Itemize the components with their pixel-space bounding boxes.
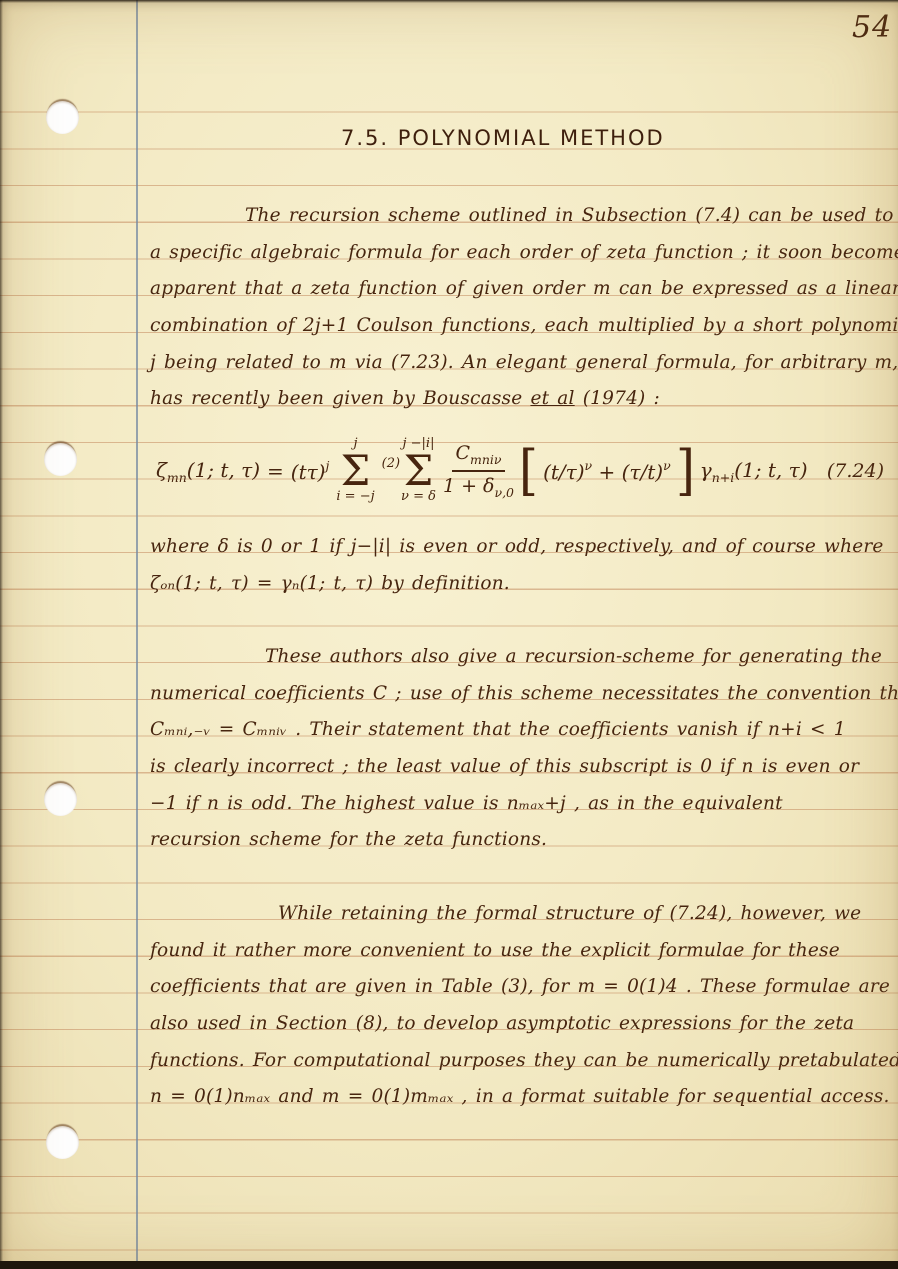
sum-lower-limit: i = −j bbox=[336, 490, 374, 505]
equation-number: (7.24) bbox=[827, 460, 884, 482]
step-annotation: (2) bbox=[382, 456, 400, 471]
prefactor-exponent: j bbox=[325, 458, 329, 473]
text-segment: (1974) : bbox=[575, 388, 660, 409]
sum-over-nu: j −|i|Σν = δ bbox=[401, 437, 436, 505]
text-line: combination of 2j+1 Coulson functions, e… bbox=[150, 308, 892, 345]
text-line: numerical coefficients C ; use of this s… bbox=[150, 676, 892, 713]
text-line: The recursion scheme outlined in Subsect… bbox=[150, 198, 892, 235]
text-segment: has recently been given by Bouscasse bbox=[150, 388, 530, 409]
paragraph-intro: The recursion scheme outlined in Subsect… bbox=[150, 198, 892, 418]
punch-hole bbox=[46, 1126, 79, 1159]
text-line: is clearly incorrect ; the least value o… bbox=[150, 749, 892, 786]
sigma-icon: Σ bbox=[404, 452, 434, 490]
paragraph-authors: These authors also give a recursion-sche… bbox=[150, 639, 892, 859]
text-line: ζₒₙ(1; t, τ) = γₙ(1; t, τ) by definition… bbox=[150, 566, 892, 603]
text-line: These authors also give a recursion-sche… bbox=[150, 639, 892, 676]
sum-lower-limit: ν = δ bbox=[401, 490, 436, 505]
fraction-numerator: Cmniν bbox=[452, 442, 504, 472]
fraction-denominator: 1 + δν,0 bbox=[443, 472, 514, 500]
sum-over-i: jΣi = −j bbox=[336, 437, 374, 505]
term-2-exponent: ν bbox=[663, 458, 671, 473]
paragraph-conclusion: While retaining the formal structure of … bbox=[150, 896, 892, 1116]
text-line: functions. For computational purposes th… bbox=[150, 1043, 892, 1080]
gamma-subscript: n+i bbox=[712, 470, 735, 485]
text-line: recursion scheme for the zeta functions. bbox=[150, 822, 892, 859]
text-line: a specific algebraic formula for each or… bbox=[150, 235, 892, 272]
text-line: has recently been given by Bouscasse et … bbox=[150, 381, 892, 418]
sigma-icon: Σ bbox=[341, 452, 371, 490]
gamma-symbol: γ bbox=[700, 458, 712, 482]
text-line: While retaining the formal structure of … bbox=[150, 896, 892, 933]
page-number: 54 bbox=[852, 13, 892, 43]
equation-7-24: ζmn(1; t, τ) = (tτ)j jΣi = −j (2)j −|i|Σ… bbox=[156, 424, 884, 518]
coefficient-fraction: Cmniν1 + δν,0 bbox=[443, 442, 514, 500]
margin-line bbox=[136, 0, 138, 1261]
text-line: found it rather more convenient to use t… bbox=[150, 933, 892, 970]
zeta-symbol: ζ bbox=[156, 458, 167, 482]
punch-hole bbox=[44, 783, 77, 816]
gamma-arguments: (1; t, τ) bbox=[734, 458, 807, 482]
equals-sign: = bbox=[267, 459, 284, 483]
plus-sign: + bbox=[599, 460, 616, 484]
text-line: also used in Section (8), to develop asy… bbox=[150, 1006, 892, 1043]
text-line: n = 0(1)nₘₐₓ and m = 0(1)mₘₐₓ , in a for… bbox=[150, 1079, 892, 1116]
zeta-subscript: mn bbox=[167, 470, 187, 485]
denominator-base: 1 + δ bbox=[443, 475, 495, 497]
text-line: coefficients that are given in Table (3)… bbox=[150, 969, 892, 1006]
punch-hole bbox=[46, 101, 79, 134]
coefficient-base: C bbox=[455, 442, 470, 464]
prefactor: (tτ)j bbox=[291, 458, 330, 484]
sum-over-nu-group: (2)j −|i|Σν = δ bbox=[382, 437, 436, 505]
section-heading: 7.5. POLYNOMIAL METHOD bbox=[341, 128, 665, 149]
text-line: Cₘₙᵢ,₋ᵥ = Cₘₙᵢᵥ . Their statement that t… bbox=[150, 712, 892, 749]
lhs-arguments: (1; t, τ) bbox=[187, 458, 260, 482]
citation-et-al: et al bbox=[530, 388, 574, 409]
bracket-terms: (t/τ)ν + (τ/t)ν bbox=[543, 458, 671, 484]
scan-edge-bottom bbox=[0, 1261, 898, 1269]
term-1: (t/τ) bbox=[543, 460, 584, 484]
term-2: (τ/t) bbox=[622, 460, 663, 484]
scan-edge-top bbox=[0, 0, 898, 3]
coefficient-subscript: mniν bbox=[470, 452, 502, 467]
text-line: where δ is 0 or 1 if j−|i| is even or od… bbox=[150, 529, 892, 566]
text-line: apparent that a zeta function of given o… bbox=[150, 271, 892, 308]
gamma-factor: γn+i(1; t, τ) bbox=[700, 458, 808, 485]
text-line: −1 if n is odd. The highest value is nₘₐ… bbox=[150, 786, 892, 823]
text-line: j being related to m via (7.23). An eleg… bbox=[150, 345, 892, 382]
term-1-exponent: ν bbox=[585, 458, 593, 473]
paragraph-where-clause: where δ is 0 or 1 if j−|i| is even or od… bbox=[150, 529, 892, 602]
prefactor-base: (tτ) bbox=[291, 460, 326, 484]
denominator-subscript: ν,0 bbox=[494, 485, 514, 500]
formula-lhs: ζmn(1; t, τ) bbox=[156, 458, 260, 485]
punch-hole bbox=[44, 443, 77, 476]
notebook-page: 54 7.5. POLYNOMIAL METHOD The recursion … bbox=[0, 0, 898, 1269]
scan-edge-left bbox=[0, 0, 3, 1269]
